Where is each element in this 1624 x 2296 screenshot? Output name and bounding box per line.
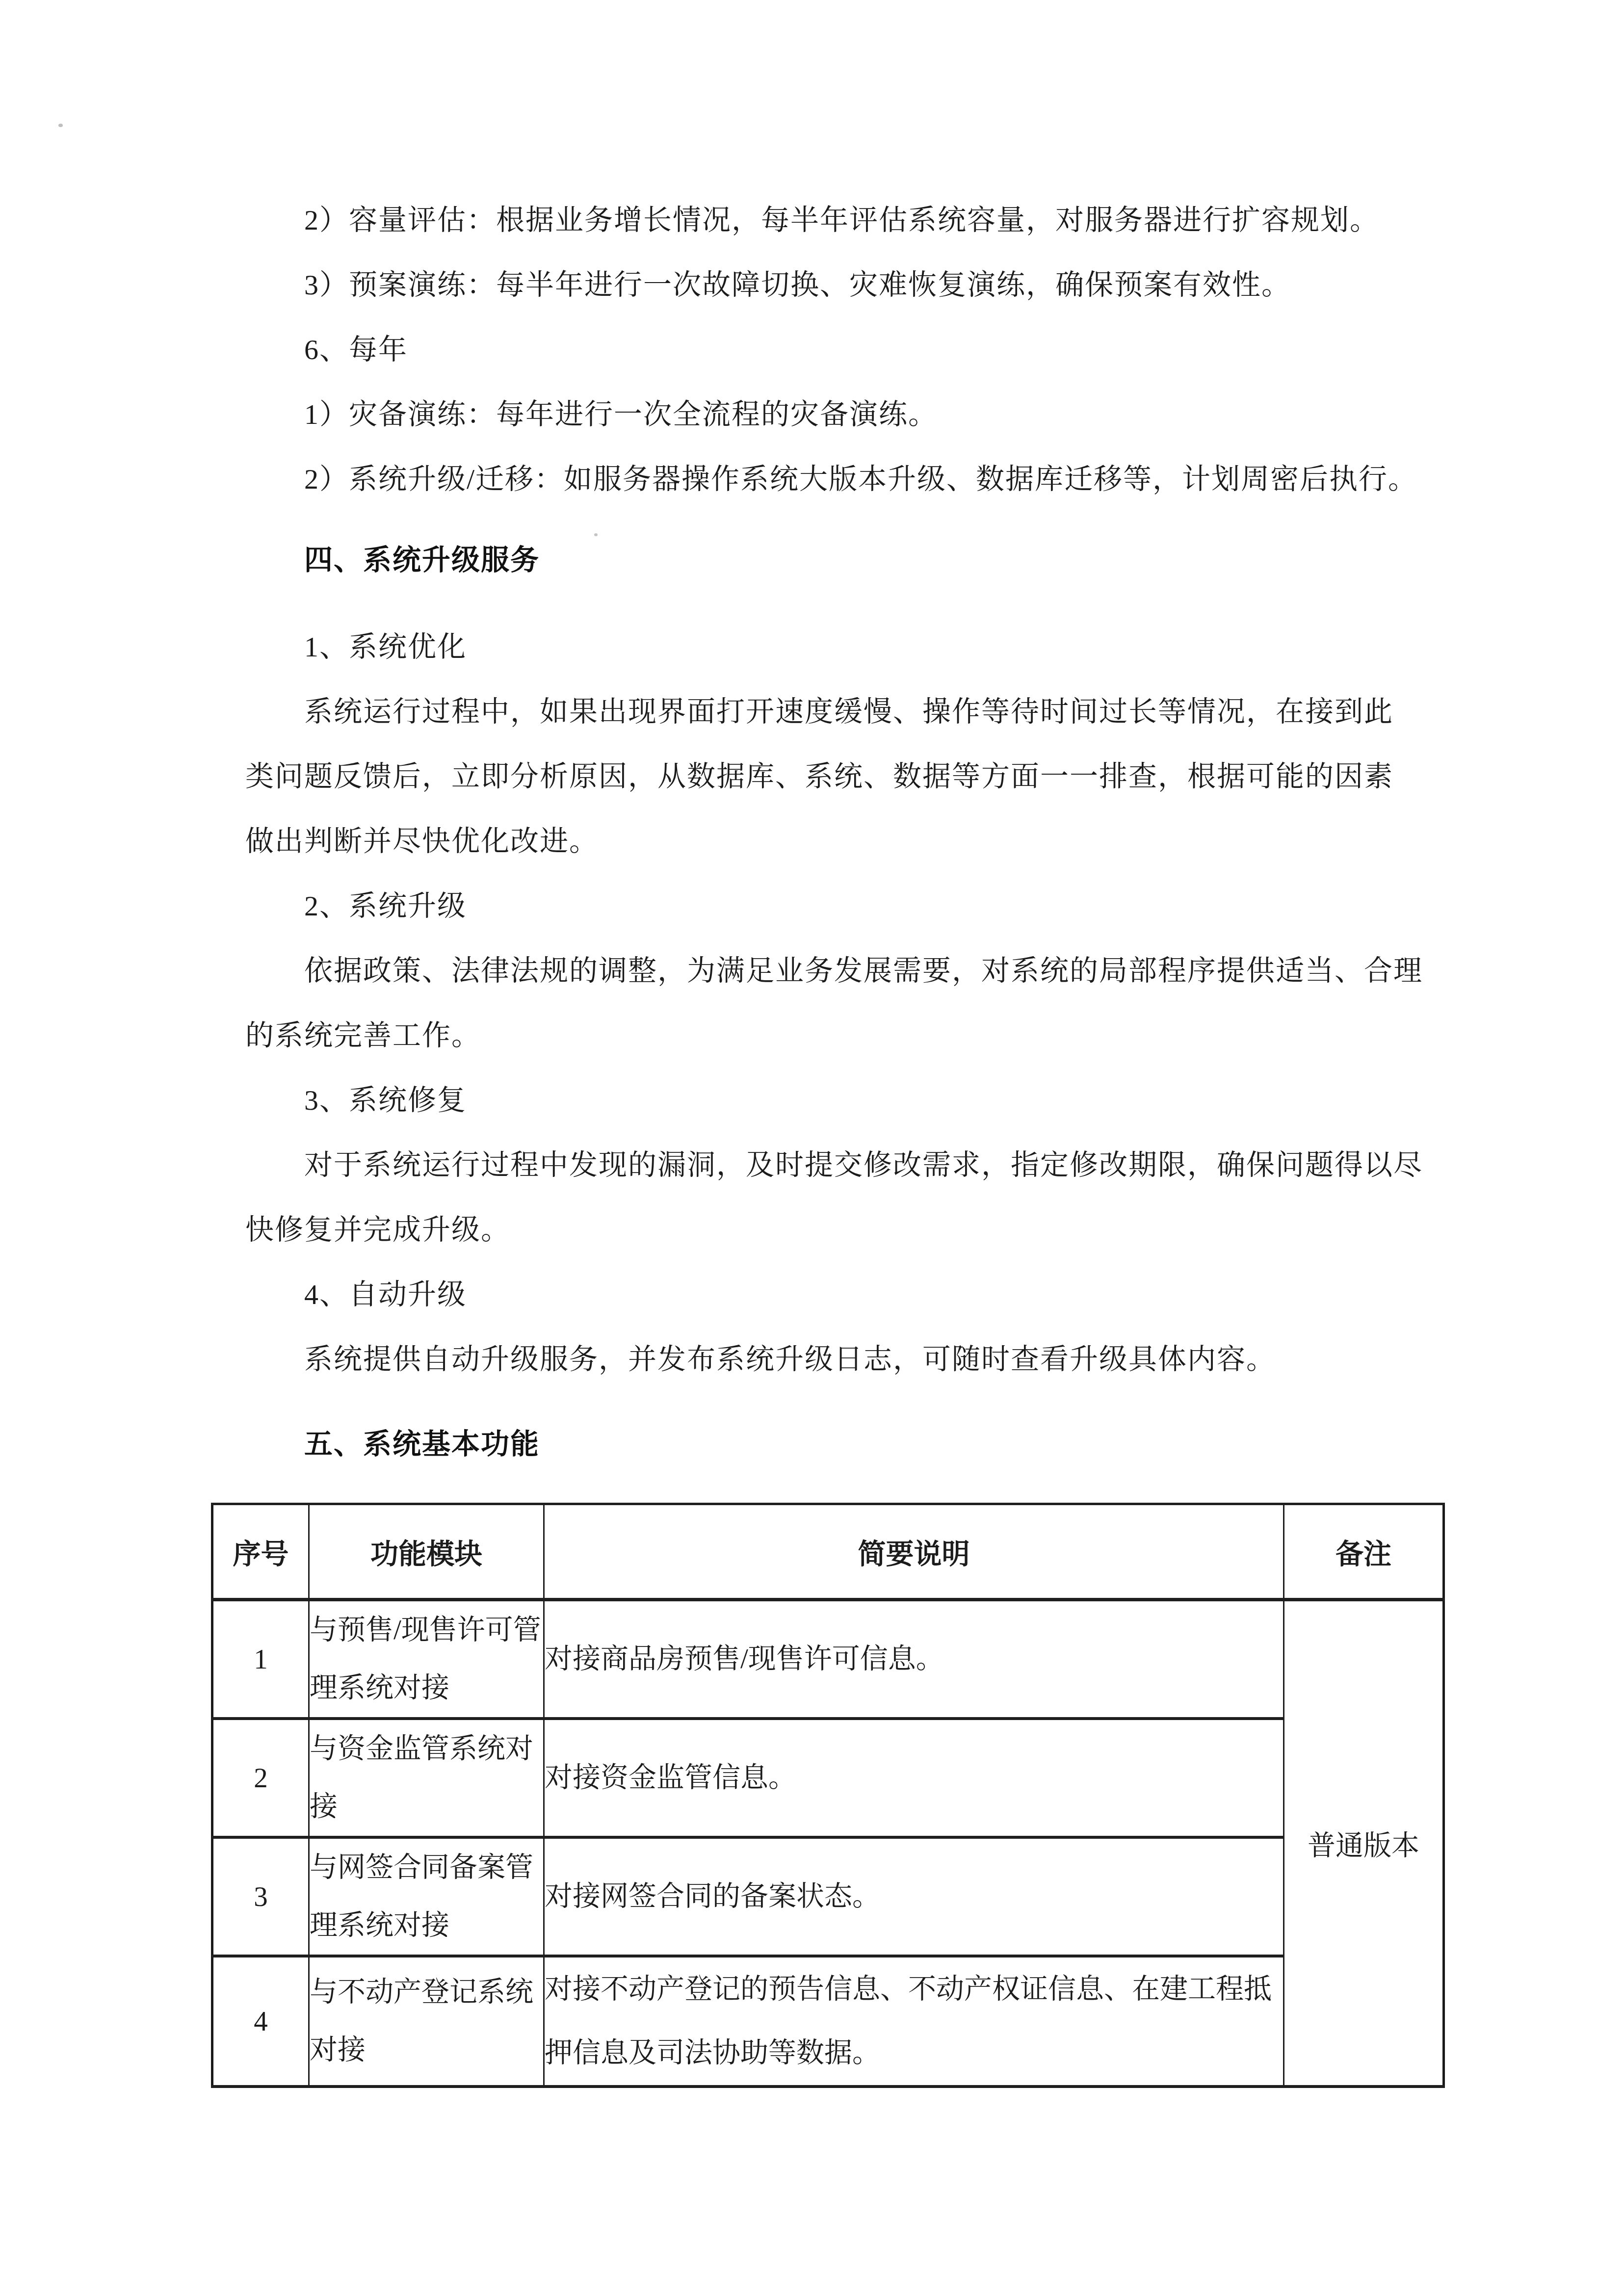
- table-header-description: 简要说明: [544, 1504, 1284, 1600]
- table-header-no: 序号: [212, 1504, 309, 1600]
- table-row: 1 与预售/现售许可管理系统对接 对接商品房预售/现售许可信息。 普通版本: [212, 1600, 1444, 1719]
- row-number: 1: [212, 1600, 309, 1719]
- table-row: 3 与网签合同备案管理系统对接 对接网签合同的备案状态。: [212, 1837, 1444, 1956]
- section-heading-functions: 五、系统基本功能: [245, 1412, 1423, 1477]
- section-heading-upgrade: 四、系统升级服务: [245, 528, 1423, 593]
- table-header-module: 功能模块: [309, 1504, 544, 1600]
- module-cell: 与预售/现售许可管理系统对接: [309, 1600, 544, 1719]
- functions-table: 序号 功能模块 简要说明 备注 1 与预售/现售许可管理系统对接 对接商品房预售…: [211, 1503, 1445, 2088]
- module-cell: 与网签合同备案管理系统对接: [309, 1837, 544, 1956]
- item-title-line: 1、系统优化: [245, 615, 1423, 679]
- row-number: 4: [212, 1956, 309, 2087]
- description-cell: 对接资金监管信息。: [544, 1719, 1284, 1837]
- table-row: 2 与资金监管系统对接 对接资金监管信息。: [212, 1719, 1444, 1837]
- body-line: 的系统完善工作。: [245, 1003, 1423, 1068]
- body-line: 系统运行过程中，如果出现界面打开速度缓慢、操作等待时间过长等情况，在接到此: [245, 679, 1423, 744]
- table-header-remark: 备注: [1284, 1504, 1444, 1600]
- body-line: 依据政策、法律法规的调整，为满足业务发展需要，对系统的局部程序提供适当、合理: [245, 939, 1423, 1003]
- item-title-line: 4、自动升级: [245, 1262, 1423, 1327]
- intro-line: 3）预案演练：每半年进行一次故障切换、灾难恢复演练，确保预案有效性。: [245, 253, 1423, 317]
- row-number: 3: [212, 1837, 309, 1956]
- description-cell: 对接商品房预售/现售许可信息。: [544, 1600, 1284, 1719]
- item-title-line: 3、系统修复: [245, 1068, 1423, 1133]
- table-header-row: 序号 功能模块 简要说明 备注: [212, 1504, 1444, 1600]
- body-line: 快修复并完成升级。: [245, 1198, 1423, 1262]
- description-cell: 对接不动产登记的预告信息、不动产权证信息、在建工程抵押信息及司法协助等数据。: [544, 1956, 1284, 2087]
- module-cell: 与资金监管系统对接: [309, 1719, 544, 1837]
- scanned-document-page: 2）容量评估：根据业务增长情况，每半年评估系统容量，对服务器进行扩容规划。 3）…: [0, 0, 1624, 2296]
- description-cell: 对接网签合同的备案状态。: [544, 1837, 1284, 1956]
- module-cell: 与不动产登记系统对接: [309, 1956, 544, 2087]
- intro-line: 6、每年: [245, 317, 1423, 382]
- intro-line: 1）灾备演练：每年进行一次全流程的灾备演练。: [245, 382, 1423, 447]
- remark-merged-cell: 普通版本: [1284, 1600, 1444, 2087]
- document-body: 2）容量评估：根据业务增长情况，每半年评估系统容量，对服务器进行扩容规划。 3）…: [245, 188, 1423, 1477]
- body-line: 系统提供自动升级服务，并发布系统升级日志，可随时查看升级具体内容。: [245, 1327, 1423, 1392]
- body-line: 类问题反馈后，立即分析原因，从数据库、系统、数据等方面一一排查，根据可能的因素: [245, 744, 1423, 809]
- body-line: 对于系统运行过程中发现的漏洞，及时提交修改需求，指定修改期限，确保问题得以尽: [245, 1133, 1423, 1198]
- scan-speck: [58, 124, 63, 127]
- intro-line: 2）容量评估：根据业务增长情况，每半年评估系统容量，对服务器进行扩容规划。: [245, 188, 1423, 253]
- body-line: 做出判断并尽快优化改进。: [245, 809, 1423, 874]
- intro-line: 2）系统升级/迁移：如服务器操作系统大版本升级、数据库迁移等，计划周密后执行。: [245, 447, 1423, 512]
- table-row: 4 与不动产登记系统对接 对接不动产登记的预告信息、不动产权证信息、在建工程抵押…: [212, 1956, 1444, 2087]
- row-number: 2: [212, 1719, 309, 1837]
- item-title-line: 2、系统升级: [245, 874, 1423, 939]
